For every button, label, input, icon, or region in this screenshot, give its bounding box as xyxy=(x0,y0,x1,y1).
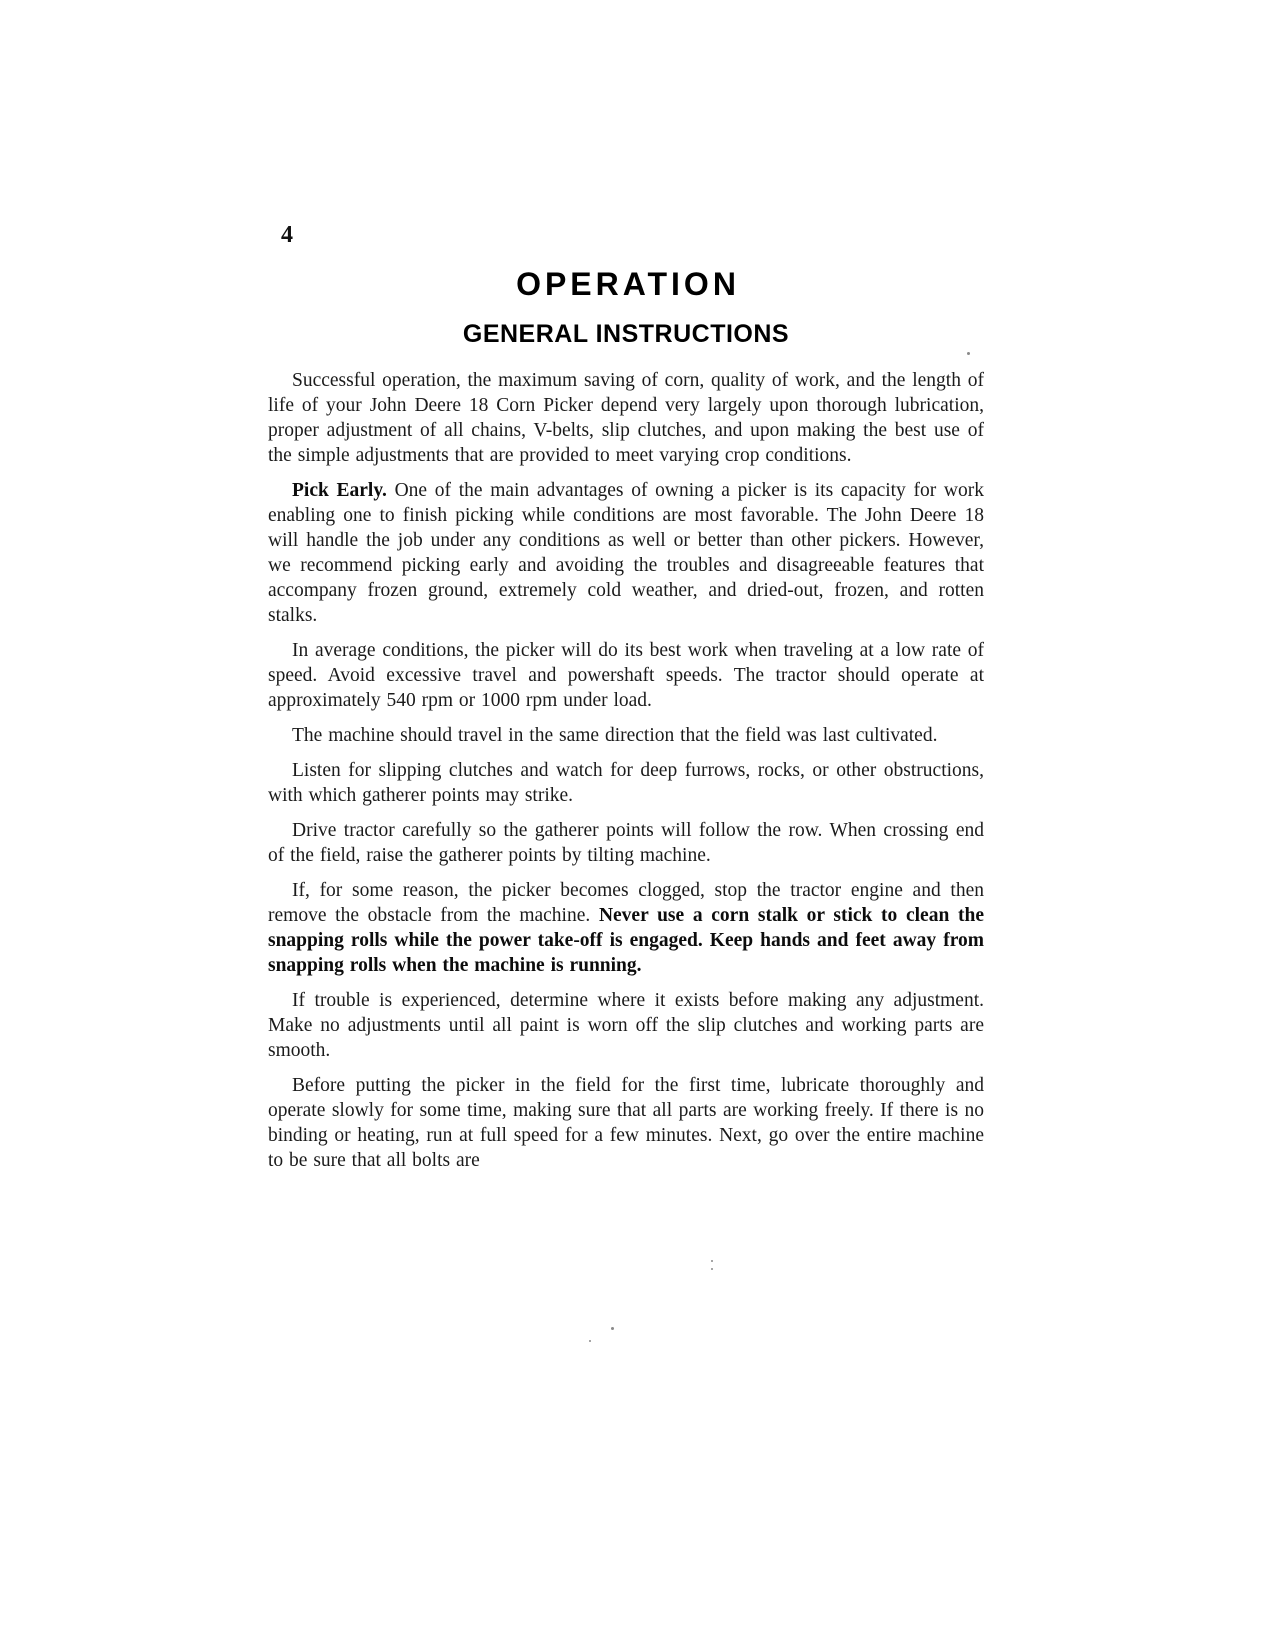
text-run: Listen for slipping clutches and watch f… xyxy=(268,760,984,806)
scan-artifact-dot xyxy=(611,1327,614,1330)
text-run: Successful operation, the maximum saving… xyxy=(268,370,984,466)
paragraph: The machine should travel in the same di… xyxy=(268,723,984,748)
paragraph: Listen for slipping clutches and watch f… xyxy=(268,758,984,808)
page-number: 4 xyxy=(281,221,293,249)
bold-text-run: Pick Early. xyxy=(292,480,387,501)
page-content: OPERATION GENERAL INSTRUCTIONS Successfu… xyxy=(268,266,984,1183)
scan-artifact-dot xyxy=(967,352,970,355)
manual-page: 4 OPERATION GENERAL INSTRUCTIONS Success… xyxy=(0,0,1275,1650)
scan-artifact-dot xyxy=(589,1340,591,1342)
paragraph: Pick Early. One of the main advantages o… xyxy=(268,478,984,628)
paragraph: If, for some reason, the picker becomes … xyxy=(268,878,984,978)
paragraph: Successful operation, the maximum saving… xyxy=(268,368,984,468)
text-run: If trouble is experienced, determine whe… xyxy=(268,990,984,1061)
paragraph: If trouble is experienced, determine whe… xyxy=(268,988,984,1063)
text-run: One of the main advantages of owning a p… xyxy=(268,480,984,626)
body-text: Successful operation, the maximum saving… xyxy=(268,368,984,1173)
scan-artifact-dot xyxy=(711,1268,713,1270)
paragraph: Before putting the picker in the field f… xyxy=(268,1073,984,1173)
scan-artifact-dot xyxy=(711,1260,713,1262)
section-title: OPERATION xyxy=(268,266,984,302)
text-run: In average conditions, the picker will d… xyxy=(268,640,984,711)
paragraph: Drive tractor carefully so the gatherer … xyxy=(268,818,984,868)
text-run: Drive tractor carefully so the gatherer … xyxy=(268,820,984,866)
text-run: The machine should travel in the same di… xyxy=(292,725,937,746)
text-run: Before putting the picker in the field f… xyxy=(268,1075,984,1171)
paragraph: In average conditions, the picker will d… xyxy=(268,638,984,713)
section-subtitle: GENERAL INSTRUCTIONS xyxy=(268,319,984,349)
